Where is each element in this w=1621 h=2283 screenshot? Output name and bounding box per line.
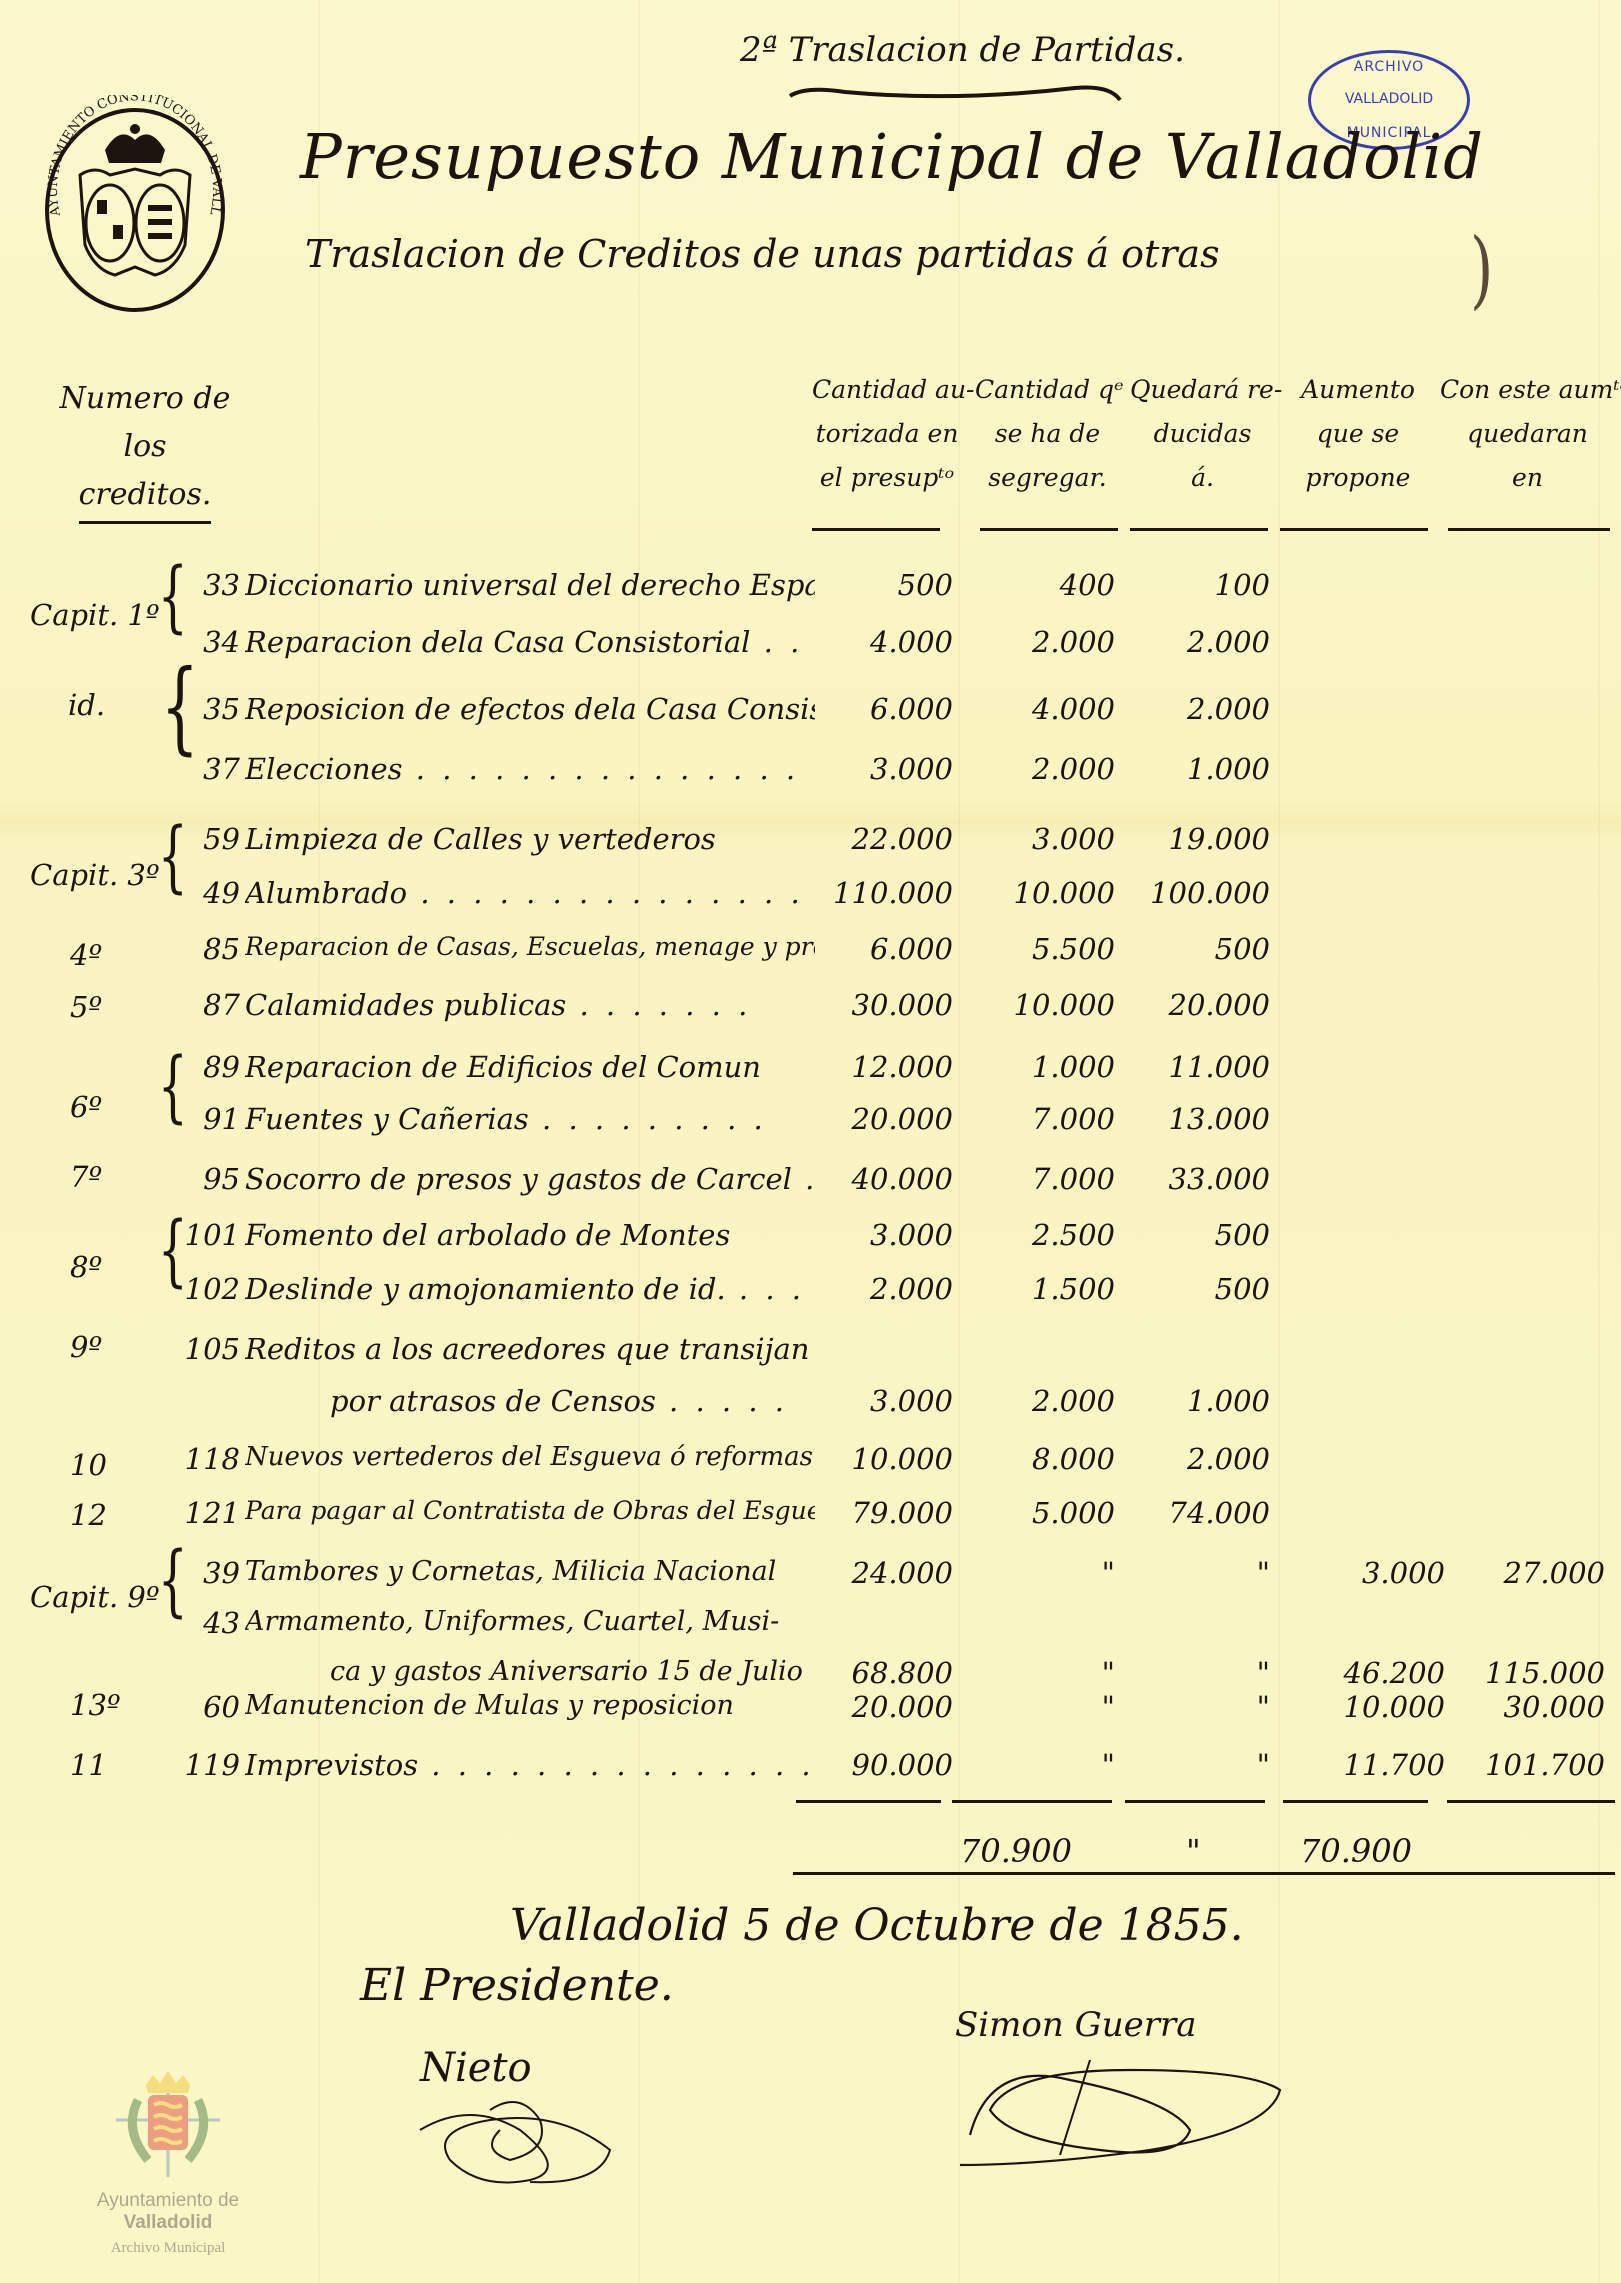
credit-number-header-line: Numero de [40, 375, 250, 423]
authorized-amount: 4.000 [818, 625, 953, 659]
credit-description: Reposicion de efectos dela Casa Consisto… [245, 692, 815, 726]
authorized-amount: 3.000 [818, 752, 953, 786]
grand-total-rule [793, 1872, 1615, 1875]
credit-number-header: Numero de los creditos. [40, 375, 250, 524]
authorized-amount: 6.000 [818, 932, 953, 966]
segregate-amount: " [980, 1656, 1115, 1690]
table-row: 87 Calamidades publicas . . . . . . . 30… [0, 988, 1621, 1034]
credit-description: Limpieza de Calles y vertederos [245, 822, 815, 856]
sum-rule [952, 1800, 1112, 1803]
credit-description: Nuevos vertederos del Esgueva ó reformas [245, 1442, 815, 1472]
authorized-amount: 110.000 [818, 876, 953, 910]
total-increase: 70.900 [1300, 1832, 1412, 1870]
table-row: 60 Manutencion de Mulas y reposicion 20.… [0, 1690, 1621, 1736]
reduced-amount: 2.000 [1130, 692, 1270, 726]
authorized-amount: 20.000 [818, 1102, 953, 1136]
credit-description: Calamidades publicas . . . . . . . [245, 988, 815, 1022]
header-line: Cantidad qᵉ [975, 368, 1120, 412]
table-row: 95 Socorro de presos y gastos de Carcel … [0, 1162, 1621, 1208]
credit-number: 121 [165, 1496, 240, 1530]
document-title: Presupuesto Municipal de Valladolid [300, 120, 1484, 193]
segregate-amount: " [980, 1556, 1115, 1590]
header-note: 2ª Traslacion de Partidas. [740, 30, 1185, 70]
reduced-amount: " [1130, 1656, 1270, 1690]
segregate-amount: 5.000 [980, 1496, 1115, 1530]
credit-description: Alumbrado . . . . . . . . . . . . . . . [245, 876, 815, 910]
credit-description: Socorro de presos y gastos de Carcel . .… [245, 1162, 815, 1196]
credit-description: Elecciones . . . . . . . . . . . . . . . [245, 752, 815, 786]
reduced-amount: 74.000 [1130, 1496, 1270, 1530]
increase-amount: 10.000 [1290, 1690, 1445, 1724]
sum-rule [1283, 1800, 1428, 1803]
reduced-amount: " [1130, 1690, 1270, 1724]
header-line: Quedará re- [1130, 368, 1275, 412]
right-bracket-mark: ) [1470, 221, 1493, 319]
authorized-amount: 68.800 [818, 1656, 953, 1690]
table-row: 37 Elecciones . . . . . . . . . . . . . … [0, 752, 1621, 798]
increase-amount: 3.000 [1290, 1556, 1445, 1590]
segregate-amount: 7.000 [980, 1102, 1115, 1136]
table-row: 102 Deslinde y amojonamiento de id. . . … [0, 1272, 1621, 1318]
authorized-amount: 90.000 [818, 1748, 953, 1782]
authorized-amount: 20.000 [818, 1690, 953, 1724]
reduced-amount: 100 [1130, 568, 1270, 602]
resulting-amount: 115.000 [1450, 1656, 1605, 1690]
segregate-amount: 10.000 [980, 876, 1115, 910]
credit-number: 85 [165, 932, 240, 966]
header-rule [1130, 528, 1268, 531]
credit-number: 89 [165, 1050, 240, 1084]
segregate-amount: 2.000 [980, 625, 1115, 659]
resulting-amount: 27.000 [1450, 1556, 1605, 1590]
president-label: El Presidente. [360, 1960, 674, 2011]
watermark-line-1: Ayuntamiento de Valladolid [58, 2190, 278, 2234]
segregate-amount: 4.000 [980, 692, 1115, 726]
credit-description-continued: por atrasos de Censos . . . . . [330, 1384, 810, 1418]
reduced-amount: 2.000 [1130, 625, 1270, 659]
signature-simon-guerra: Simon Guerra [955, 2005, 1197, 2045]
header-rule [1448, 528, 1610, 531]
table-row: 91 Fuentes y Cañerias . . . . . . . . . … [0, 1102, 1621, 1148]
credit-number: 102 [165, 1272, 240, 1306]
authorized-amount: 2.000 [818, 1272, 953, 1306]
reduced-amount: 2.000 [1130, 1442, 1270, 1476]
reduced-amount: 33.000 [1130, 1162, 1270, 1196]
credit-number: 59 [165, 822, 240, 856]
credit-number: 91 [165, 1102, 240, 1136]
credit-number: 34 [165, 625, 240, 659]
sum-rule [1447, 1800, 1615, 1803]
stamp-line-1: ARCHIVO [1311, 59, 1467, 75]
watermark-line-2: Archivo Municipal [58, 2240, 278, 2257]
table-row: 105 Reditos a los acreedores que transij… [0, 1332, 1621, 1422]
signature-flourish-icon [410, 2090, 630, 2190]
authorized-amount: 30.000 [818, 988, 953, 1022]
valladolid-coat-of-arms-icon [108, 2065, 228, 2180]
segregate-amount: 8.000 [980, 1442, 1115, 1476]
credit-number: 33 [165, 568, 240, 602]
credit-description: Reparacion dela Casa Consistorial . . . … [245, 625, 815, 659]
credit-number: 35 [165, 692, 240, 726]
header-line: á. [1130, 456, 1275, 500]
reduced-amount: " [1130, 1556, 1270, 1590]
authorized-amount: 500 [818, 568, 953, 602]
table-row: 119 Imprevistos . . . . . . . . . . . . … [0, 1748, 1621, 1794]
header-line: en [1440, 456, 1615, 500]
segregate-amount: 5.500 [980, 932, 1115, 966]
table-row: 39 Tambores y Cornetas, Milicia Nacional… [0, 1556, 1621, 1602]
segregate-amount: " [980, 1748, 1115, 1782]
reduced-amount: 13.000 [1130, 1102, 1270, 1136]
header-line: Aumento [1283, 368, 1433, 412]
resulting-amount: 101.700 [1450, 1748, 1605, 1782]
reduced-amount: 11.000 [1130, 1050, 1270, 1084]
header-line: se ha de [975, 412, 1120, 456]
table-row: 85 Reparacion de Casas, Escuelas, menage… [0, 932, 1621, 978]
reduced-amount: 1.000 [1130, 1384, 1270, 1418]
credit-number: 37 [165, 752, 240, 786]
table-row: 121 Para pagar al Contratista de Obras d… [0, 1496, 1621, 1542]
authorized-amount: 12.000 [818, 1050, 953, 1084]
header-line: el presupᵗᵒ [812, 456, 962, 500]
credit-description: Para pagar al Contratista de Obras del E… [245, 1496, 815, 1525]
reduced-amount: 100.000 [1130, 876, 1270, 910]
credit-number-header-line: los [40, 423, 250, 471]
reduced-amount: " [1130, 1748, 1270, 1782]
authorized-amount: 40.000 [818, 1162, 953, 1196]
segregate-amount: " [980, 1690, 1115, 1724]
reduced-amount: 500 [1130, 1218, 1270, 1252]
table-row: 35 Reposicion de efectos dela Casa Consi… [0, 692, 1621, 738]
header-line: torizada en [812, 412, 962, 456]
credit-number-header-line: creditos. [79, 471, 212, 524]
table-row: 33 Diccionario universal del derecho Esp… [0, 568, 1621, 614]
header-line: propone [1283, 456, 1433, 500]
table-row: 43 Armamento, Uniformes, Cuartel, Musi- … [0, 1606, 1621, 1702]
archive-watermark: Ayuntamiento de Valladolid Archivo Munic… [58, 2065, 278, 2257]
header-line: Cantidad au- [812, 368, 962, 412]
authorized-amount: 3.000 [818, 1218, 953, 1252]
authorized-amount: 22.000 [818, 822, 953, 856]
credit-number: 119 [165, 1748, 240, 1782]
header-rule [812, 528, 940, 531]
table-row: 34 Reparacion dela Casa Consistorial . .… [0, 625, 1621, 671]
place-and-date: Valladolid 5 de Octubre de 1855. [510, 1900, 1244, 1951]
credit-description: Reparacion de Casas, Escuelas, menage y … [245, 932, 815, 961]
credit-description: Deslinde y amojonamiento de id. . . . [245, 1272, 815, 1306]
header-rule [1280, 528, 1428, 531]
signature-flourish-icon [950, 2040, 1300, 2170]
credit-description: Imprevistos . . . . . . . . . . . . . . … [245, 1748, 815, 1782]
segregate-amount: 1.000 [980, 1050, 1115, 1084]
credit-number: 39 [165, 1556, 240, 1590]
credit-number: 101 [165, 1218, 240, 1252]
seal-emblem-icon: AYUNTAMIENTO CONSTITUCIONAL DE VALLADOLI… [35, 95, 235, 315]
credit-description: Fomento del arbolado de Montes [245, 1218, 815, 1252]
credit-description: Diccionario universal del derecho Españo… [245, 568, 815, 602]
table-row: 49 Alumbrado . . . . . . . . . . . . . .… [0, 876, 1621, 922]
credit-description: Fuentes y Cañerias . . . . . . . . . [245, 1102, 815, 1136]
credit-number: 60 [165, 1690, 240, 1724]
resulting-amount: 30.000 [1450, 1690, 1605, 1724]
credit-description: Tambores y Cornetas, Milicia Nacional [245, 1556, 815, 1587]
table-row: 101 Fomento del arbolado de Montes 3.000… [0, 1218, 1621, 1264]
segregate-amount: 2.000 [980, 1384, 1115, 1418]
segregate-amount: 2.500 [980, 1218, 1115, 1252]
authorized-amount: 3.000 [818, 1384, 953, 1418]
reduced-amount: 20.000 [1130, 988, 1270, 1022]
header-line: Con este aumᵗᵒ [1440, 368, 1615, 412]
authorized-amount: 79.000 [818, 1496, 953, 1530]
credit-description: Manutencion de Mulas y reposicion [245, 1690, 815, 1721]
reduced-amount: 500 [1130, 932, 1270, 966]
reduced-amount: 500 [1130, 1272, 1270, 1306]
credit-number: 43 [165, 1606, 240, 1640]
credit-description: Reparacion de Edificios del Comun [245, 1050, 815, 1084]
credit-description: Armamento, Uniformes, Cuartel, Musi- [245, 1606, 815, 1637]
table-row: 118 Nuevos vertederos del Esgueva ó refo… [0, 1442, 1621, 1488]
segregate-amount: 7.000 [980, 1162, 1115, 1196]
segregate-amount: 2.000 [980, 752, 1115, 786]
column-header-resulting: Con este aumᵗᵒ quedaran en [1440, 368, 1615, 500]
header-line: segregar. [975, 456, 1120, 500]
sum-rule [796, 1800, 941, 1803]
credit-number: 118 [165, 1442, 240, 1476]
stamp-line-2: VALLADOLID [1311, 91, 1467, 107]
header-line: ducidas [1130, 412, 1275, 456]
segregate-amount: 400 [980, 568, 1115, 602]
credit-description-continued: ca y gastos Aniversario 15 de Julio . . [330, 1656, 810, 1687]
segregate-amount: 3.000 [980, 822, 1115, 856]
header-line: quedaran [1440, 412, 1615, 456]
credit-number: 49 [165, 876, 240, 910]
sum-rule [1125, 1800, 1265, 1803]
total-reduced: " [1186, 1832, 1201, 1870]
increase-amount: 46.200 [1290, 1656, 1445, 1690]
signature-nieto: Nieto [420, 2045, 532, 2091]
reduced-amount: 19.000 [1130, 822, 1270, 856]
increase-amount: 11.700 [1290, 1748, 1445, 1782]
column-header-reduced: Quedará re- ducidas á. [1130, 368, 1275, 500]
municipal-seal: AYUNTAMIENTO CONSTITUCIONAL DE VALLADOLI… [35, 95, 235, 315]
column-header-authorized: Cantidad au- torizada en el presupᵗᵒ [812, 368, 962, 500]
document-subtitle: Traslacion de Creditos de unas partidas … [305, 232, 1220, 276]
authorized-amount: 24.000 [818, 1556, 953, 1590]
table-row: 59 Limpieza de Calles y vertederos 22.00… [0, 822, 1621, 868]
table-row: 89 Reparacion de Edificios del Comun 12.… [0, 1050, 1621, 1096]
credit-description: Reditos a los acreedores que transijan [245, 1332, 815, 1366]
credit-number: 87 [165, 988, 240, 1022]
reduced-amount: 1.000 [1130, 752, 1270, 786]
column-header-increase: Aumento que se propone [1283, 368, 1433, 500]
header-rule [980, 528, 1118, 531]
credit-number: 105 [165, 1332, 240, 1366]
segregate-amount: 1.500 [980, 1272, 1115, 1306]
note-underline-flourish [785, 82, 1125, 104]
header-line: que se [1283, 412, 1433, 456]
column-header-segregate: Cantidad qᵉ se ha de segregar. [975, 368, 1120, 500]
credit-number: 95 [165, 1162, 240, 1196]
authorized-amount: 10.000 [818, 1442, 953, 1476]
total-segregate: 70.900 [960, 1832, 1072, 1870]
segregate-amount: 10.000 [980, 988, 1115, 1022]
authorized-amount: 6.000 [818, 692, 953, 726]
